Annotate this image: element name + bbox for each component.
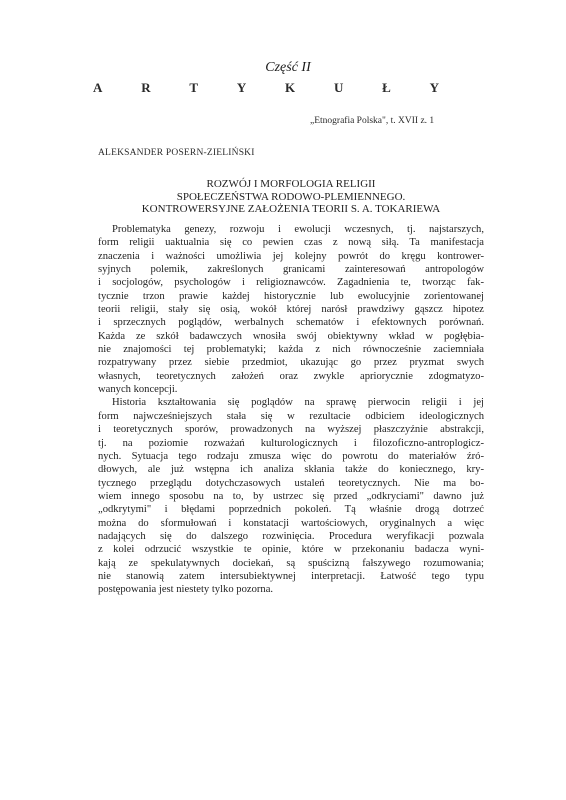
body-line: nie stanowią zatem intersubiektywnej int… xyxy=(98,570,484,583)
journal-reference: „Etnografia Polska", t. XVII z. 1 xyxy=(310,116,434,126)
body-line: Każda ze szkół badawczych wnosiła swój o… xyxy=(98,330,484,343)
body-line: tycznie trzon prawie każdej historycznie… xyxy=(98,290,484,303)
body-line: teorii religii, stały się osią, wokół kt… xyxy=(98,303,484,316)
title-line: KONTROWERSYJNE ZAŁOŻENIA TEORII S. A. TO… xyxy=(96,203,486,216)
body-line: tj. na poziomie rozważań kulturologiczny… xyxy=(98,437,484,450)
section-letter: K xyxy=(285,80,295,96)
body-line: i teoretycznych sporów, prowadzonych na … xyxy=(98,423,484,436)
body-line: wiem innego sposobu na to, by ustrzec si… xyxy=(98,490,484,503)
body-line: kają ze spekulatywnych dociekań, są spuś… xyxy=(98,557,484,570)
section-letter: Y xyxy=(430,80,439,96)
section-letter: U xyxy=(334,80,343,96)
body-line: własnych, teoretycznych założeń oraz zwy… xyxy=(98,370,484,383)
body-line: dłowych, ale już wstępna ich analiza skł… xyxy=(98,463,484,476)
body-line: nych. Sytuacja tego rodzaju zmusza więc … xyxy=(98,450,484,463)
body-line: Historia kształtowania się poglądów na s… xyxy=(98,396,484,409)
body-line: i socjologów, psychologów i religioznawc… xyxy=(98,276,484,289)
title-line: ROZWÓJ I MORFOLOGIA RELIGII xyxy=(96,178,486,191)
body-line: tycznego przeglądu dotychczasowych ustal… xyxy=(98,477,484,490)
part-heading: Część II xyxy=(0,60,566,76)
body-line: wanych koncepcji. xyxy=(98,383,484,396)
article-title: ROZWÓJ I MORFOLOGIA RELIGII SPOŁECZEŃSTW… xyxy=(96,178,486,216)
body-line: Problematyka genezy, rozwoju i ewolucji … xyxy=(98,223,484,236)
body-line: nie znajomości tej problematyki; każda z… xyxy=(98,343,484,356)
section-letter: A xyxy=(93,80,102,96)
body-line: znaczenia i ważności umożliwia jej kolej… xyxy=(98,250,484,263)
body-line: nadających się do dalszego rozwinięcia. … xyxy=(98,530,484,543)
paragraph-1: Problematyka genezy, rozwoju i ewolucji … xyxy=(98,223,484,396)
body-line: „odkrytymi" i błędami poprzednich pokole… xyxy=(98,503,484,516)
body-line: form religii uaktualnia się co pewien cz… xyxy=(98,236,484,249)
body-line: można do sformułowań i konstatacji warto… xyxy=(98,517,484,530)
paragraph-2: Historia kształtowania się poglądów na s… xyxy=(98,396,484,596)
body-line: postępowania jest niestety tylko pozorna… xyxy=(98,583,484,596)
section-letter: Ł xyxy=(382,80,391,96)
body-line: i sprzecznych poglądów, werbalnych schem… xyxy=(98,316,484,329)
document-page: Część II A R T Y K U Ł Y „Etnografia Pol… xyxy=(0,0,566,800)
article-author: ALEKSANDER POSERN-ZIELIŃSKI xyxy=(98,148,255,158)
title-line: SPOŁECZEŃSTWA RODOWO-PLEMIENNEGO. xyxy=(96,191,486,204)
section-letter: T xyxy=(189,80,198,96)
body-line: rozpatrywany przez siebie przedmiot, uka… xyxy=(98,356,484,369)
section-heading-artykuly: A R T Y K U Ł Y xyxy=(93,80,439,96)
body-line: form najwcześniejszych stała się w rezul… xyxy=(98,410,484,423)
article-body: Problematyka genezy, rozwoju i ewolucji … xyxy=(98,223,484,597)
section-letter: Y xyxy=(237,80,246,96)
section-letter: R xyxy=(141,80,150,96)
body-line: z kolei odrzucić wszystkie te opinie, kt… xyxy=(98,543,484,556)
body-line: syjnych polemik, zakreślonych granicami … xyxy=(98,263,484,276)
